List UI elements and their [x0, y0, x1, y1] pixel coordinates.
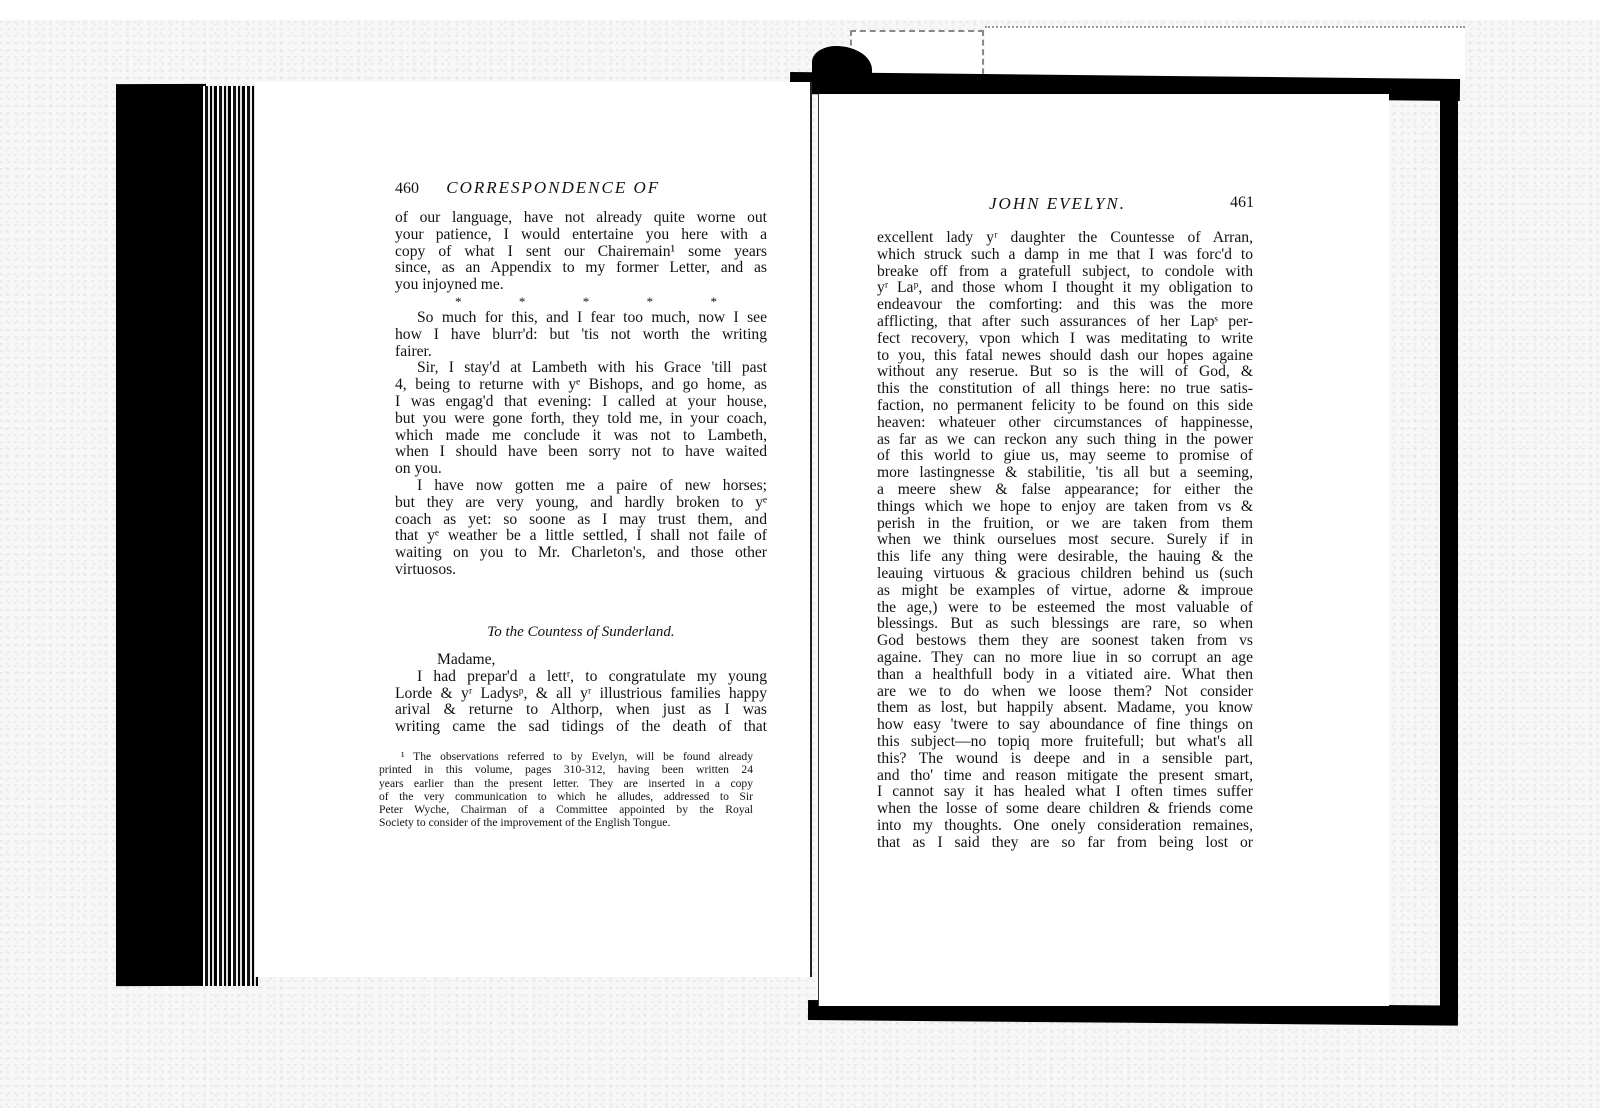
text-line: waiting on you to Mr. Charleton's, and t… [395, 545, 767, 562]
left-body-text: of our language, have not already quite … [395, 210, 767, 579]
footnote-line: printed in this volume, pages 310-312, h… [379, 763, 753, 776]
asterisk: * [583, 294, 590, 310]
text-line: blessings. But as such blessings are rar… [877, 616, 1253, 633]
asterisk: * [519, 294, 526, 310]
text-line: without any reserue. But so is the will … [877, 364, 1253, 381]
footnote-line: Society to consider of the improvement o… [379, 816, 753, 829]
letter-body-text: Madame, I had prepar'd a lettʳ, to congr… [395, 652, 767, 736]
text-line: writing came the sad tidings of the deat… [395, 719, 767, 736]
text-line: but they are very young, and hardly brok… [395, 495, 767, 512]
text-line: excellent lady yʳ daughter the Countesse… [877, 230, 1253, 247]
text-line: how I have blurr'd: but 'tis not worth t… [395, 327, 767, 344]
text-line: of our language, have not already quite … [395, 210, 767, 227]
right-body-text: excellent lady yʳ daughter the Countesse… [877, 230, 1253, 851]
text-line: how easy 'twere to say aboundance of fin… [877, 717, 1253, 734]
page-number: 460 [395, 180, 419, 197]
text-line: as far as we can reckon any such thing i… [877, 432, 1253, 449]
text-line: when we think ourselues most secure. Sur… [877, 532, 1253, 549]
right-page: JOHN EVELYN. 461 excellent lady yʳ daugh… [818, 94, 1389, 1006]
text-line: heaven: whateuer other circumstances of … [877, 415, 1253, 432]
text-line: and tho' time and reason mitigate the pr… [877, 768, 1253, 785]
text-line: as might be examples of virtue, adorne &… [877, 583, 1253, 600]
text-line: arival & returne to Althorp, when just a… [395, 702, 767, 719]
text-line: things which we hope to enjoy are taken … [877, 499, 1253, 516]
text-line: perish in the fruition, or we are taken … [877, 516, 1253, 533]
text-line: leauing virtuous & gracious children beh… [877, 566, 1253, 583]
text-line: Lorde & yʳ Ladysᵖ, & all yʳ illustrious … [395, 686, 767, 703]
footnote-line: years earlier than the present letter. T… [379, 777, 753, 790]
asterisk: * [647, 294, 654, 310]
page-number: 461 [1230, 194, 1254, 212]
footnote-line: Peter Wyche, Chairman of a Committee app… [379, 803, 753, 816]
text-line: afflicting, that after such assurances o… [877, 314, 1253, 331]
text-line: this subject—no topiq more fruitefull; b… [877, 734, 1253, 751]
text-line: virtuosos. [395, 562, 767, 579]
text-line: which struck such a damp in me that I wa… [877, 247, 1253, 264]
text-line: copy of what I sent our Chairemain¹ some… [395, 244, 767, 261]
text-line: which made me conclude it was not to Lam… [395, 428, 767, 445]
text-line: I have now gotten me a paire of new hors… [395, 478, 767, 495]
left-page: 460 CORRESPONDENCE OF of our language, h… [255, 82, 812, 977]
text-line: coach as yet: so soone as I may trust th… [395, 512, 767, 529]
text-line: than a healthfull body in a vitiated air… [877, 667, 1253, 684]
left-running-head: 460 CORRESPONDENCE OF [395, 178, 660, 198]
asterisk: * [455, 294, 462, 310]
text-line: are we to do when we loose them? Not con… [877, 684, 1253, 701]
running-title: JOHN EVELYN. [989, 194, 1126, 213]
letter-heading: To the Countess of Sunderland. [395, 624, 767, 641]
text-line: when the losse of some deare children & … [877, 801, 1253, 818]
text-line: I cannot say it has healed what I often … [877, 784, 1253, 801]
text-line: againe. They can no more liue in so corr… [877, 650, 1253, 667]
left-cover [116, 84, 206, 986]
text-line: but you were gone forth, they told me, i… [395, 411, 767, 428]
text-line: a meere shew & false appearance; for eit… [877, 482, 1253, 499]
text-line: more lastingnesse & stabilitie, 'tis all… [877, 465, 1253, 482]
text-line: fect recovery, vpon which I was meditati… [877, 331, 1253, 348]
running-title: CORRESPONDENCE OF [446, 178, 660, 197]
scan-margin [0, 0, 1600, 20]
text-line: you injoyned me. [395, 277, 767, 294]
footnote: ¹ The observations referred to by Evelyn… [379, 750, 753, 830]
top-page-tab-wide [985, 26, 1465, 80]
text-line: this the constitution of all things here… [877, 381, 1253, 398]
text-line: the age,) were to be esteemed the most v… [877, 600, 1253, 617]
text-line: of this world to giue us, may seeme to p… [877, 448, 1253, 465]
text-line: on you. [395, 461, 767, 478]
section-break-asterisks: * * * * * [395, 294, 767, 310]
text-line: since, as an Appendix to my former Lette… [395, 260, 767, 277]
text-line: that yᵉ weather be a little settled, I s… [395, 528, 767, 545]
text-line: your patience, I would entertaine you he… [395, 227, 767, 244]
text-line: endeavour the comforting: and this was t… [877, 297, 1253, 314]
right-running-head: JOHN EVELYN. 461 [989, 194, 1254, 214]
text-line: God bestows them they are soonest taken … [877, 633, 1253, 650]
text-line: 4, being to returne with yᵉ Bishops, and… [395, 377, 767, 394]
text-line: I had prepar'd a lettʳ, to congratulate … [395, 669, 767, 686]
text-line: So much for this, and I fear too much, n… [395, 310, 767, 327]
text-line: fairer. [395, 344, 767, 361]
text-line: faction, no permanent felicity to be fou… [877, 398, 1253, 415]
text-line: into my thoughts. One onely consideratio… [877, 818, 1253, 835]
text-line: this? The wound is deepe and in a sensib… [877, 751, 1253, 768]
left-page-edges [200, 86, 258, 986]
text-line: when I should have been sorry not to hav… [395, 444, 767, 461]
text-line: to you, this fatal newes should dash our… [877, 348, 1253, 365]
salutation: Madame, [395, 652, 767, 669]
text-line: I was engag'd that evening: I called at … [395, 394, 767, 411]
text-line: Sir, I stay'd at Lambeth with his Grace … [395, 360, 767, 377]
text-line: them as lost, but happily absent. Madame… [877, 700, 1253, 717]
text-line: that as I said they are so far from bein… [877, 835, 1253, 852]
footnote-line: ¹ The observations referred to by Evelyn… [379, 750, 753, 763]
text-line: breake off from a gratefull subject, to … [877, 264, 1253, 281]
text-line: yʳ Laᵖ, and those whom I thought it my o… [877, 280, 1253, 297]
text-line: this life any thing were desirable, the … [877, 549, 1253, 566]
right-cover [1440, 90, 1458, 1010]
asterisk: * [711, 294, 718, 310]
footnote-line: of the very communication to which he al… [379, 790, 753, 803]
